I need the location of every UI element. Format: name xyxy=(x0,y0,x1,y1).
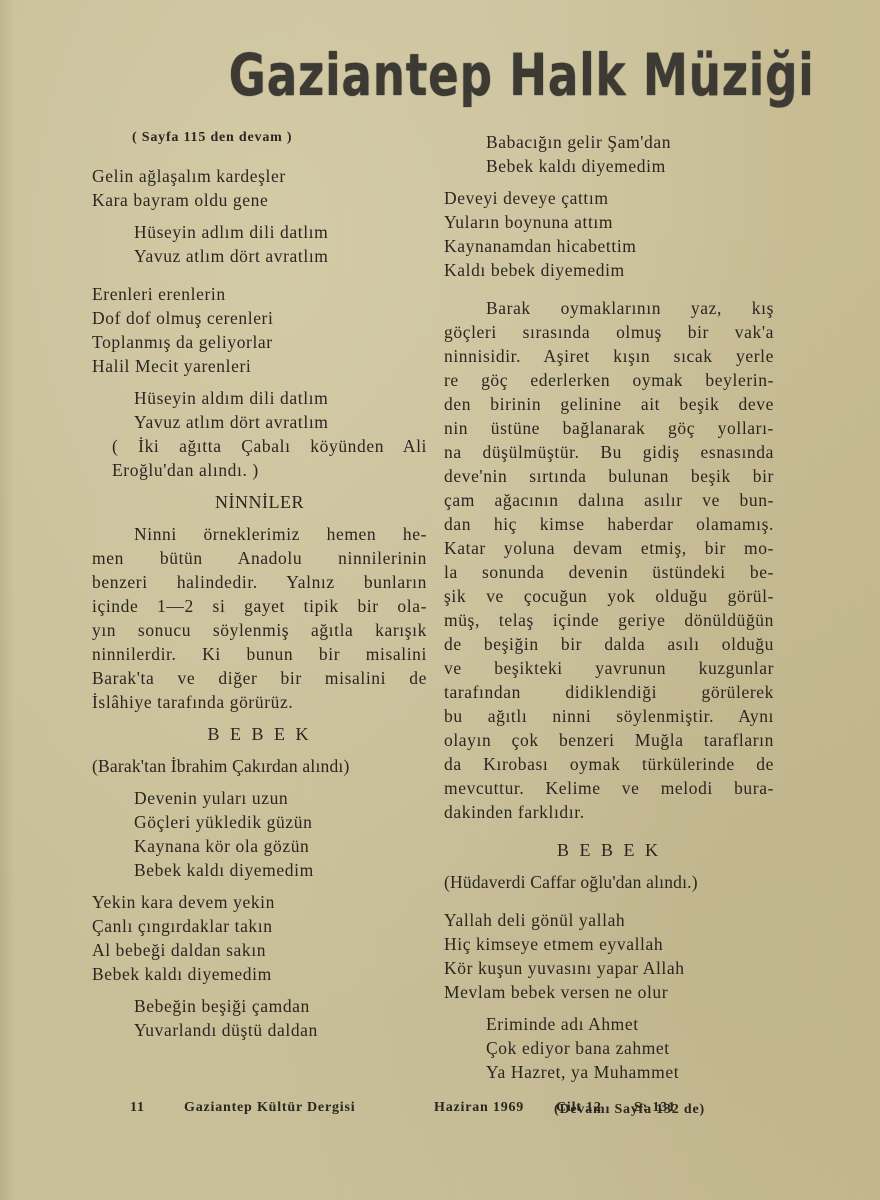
verse-line: Halil Mecit yarenleri xyxy=(92,354,427,378)
barak-paragraph: Barak oymaklarının yaz, kış göçleri sıra… xyxy=(444,296,774,824)
paragraph-line: deve'nin sırtında bulunan beşik bir xyxy=(444,464,774,488)
verse-line: Kaynana kör ola gözün xyxy=(92,834,427,858)
verse-yallah: Yallah deli gönül yallah Hiç kimseye etm… xyxy=(444,908,774,1004)
verse-3-continued: Babacığın gelir Şam'dan Bebek kaldı diye… xyxy=(444,130,774,178)
source-line: Eroğlu'dan alındı. ) xyxy=(92,458,427,482)
paragraph-line: yın sonucu söylenmiş ağıtla karışık xyxy=(92,618,427,642)
verse-line: Al bebeği daldan sakın xyxy=(92,938,427,962)
page-footer: 11 Gaziantep Kültür Dergisi Haziran 1969… xyxy=(130,1100,730,1116)
verse-line: Mevlam bebek versen ne olur xyxy=(444,980,774,1004)
paragraph-line: içinde 1—2 si gayet tipik bir ola- xyxy=(92,594,427,618)
verse-line: Yallah deli gönül yallah xyxy=(444,908,774,932)
stanza-2: Erenleri erenlerin Dof dof olmuş cerenle… xyxy=(92,282,427,378)
paragraph-line: na düşülmüştür. Bu gidiş esnasında xyxy=(444,440,774,464)
paragraph-line: İslâhiye tarafında görürüz. xyxy=(92,690,427,714)
song-heading-bebek: B E B E K xyxy=(92,722,427,746)
source-line: ( İki ağıtta Çabalı köyünden Ali xyxy=(92,434,427,458)
paragraph-line: da Kırobası oymak türkülerinde de xyxy=(444,752,774,776)
paragraph-line: den birinin gelinine ait beşik deve xyxy=(444,392,774,416)
page-number: 11 xyxy=(130,1100,184,1116)
verse-3: Bebeğin beşiği çamdan Yuvarlandı düştü d… xyxy=(92,994,427,1042)
verse-line: Bebek kaldı diyemedim xyxy=(92,962,427,986)
paragraph-line: müş, telaş içinde geriye dönüldüğün xyxy=(444,608,774,632)
paragraph-line: dakinden farklıdır. xyxy=(444,800,774,824)
stanza-1: Gelin ağlaşalım kardeşler Kara bayram ol… xyxy=(92,164,427,212)
page-title: Gaziantep Halk Müziği xyxy=(229,40,603,110)
verse-line: Yekin kara devem yekin xyxy=(92,890,427,914)
verse-line: Toplanmış da geliyorlar xyxy=(92,330,427,354)
section-heading-ninniler: NİNNİLER xyxy=(92,490,427,514)
song-heading-bebek-2: B E B E K xyxy=(444,838,774,862)
verse-line: Dof dof olmuş cerenleri xyxy=(92,306,427,330)
verse-line: Ya Hazret, ya Muhammet xyxy=(444,1060,774,1084)
verse-line: Gelin ağlaşalım kardeşler xyxy=(92,164,427,188)
paragraph-line: ninnisidir. Aşiret kışın sıcak yerle xyxy=(444,344,774,368)
song-source: (Hüdaverdi Caffar oğlu'dan alındı.) xyxy=(444,870,774,894)
source-note: ( İki ağıtta Çabalı köyünden Ali Eroğlu'… xyxy=(92,434,427,482)
paragraph-line: men bütün Anadolu ninnilerinin xyxy=(92,546,427,570)
verse-line: Hiç kimseye etmem eyvallah xyxy=(444,932,774,956)
verse-line: Bebek kaldı diyemedim xyxy=(444,154,774,178)
verse-line: Kara bayram oldu gene xyxy=(92,188,427,212)
paragraph-line: ninnilerdir. Ki bunun bir misalini xyxy=(92,642,427,666)
verse-line: Bebeğin beşiği çamdan xyxy=(92,994,427,1018)
paragraph-line: göçleri sırasında olmuş bir vak'a xyxy=(444,320,774,344)
paragraph-line: bu ağıtlı ninni söylenmiştir. Aynı xyxy=(444,704,774,728)
right-column: Babacığın gelir Şam'dan Bebek kaldı diye… xyxy=(444,130,774,1122)
issue-number: S: 131 xyxy=(634,1100,676,1116)
issue-date: Haziran 1969 xyxy=(434,1100,556,1116)
verse-line: Göçleri yükledik güzün xyxy=(92,810,427,834)
paragraph-line: Barak'ta ve diğer bir misalini de xyxy=(92,666,427,690)
paragraph-line: la sonunda devenin üstündeki be- xyxy=(444,560,774,584)
verse-line: Kör kuşun yuvasını yapar Allah xyxy=(444,956,774,980)
verse-line: Babacığın gelir Şam'dan xyxy=(444,130,774,154)
magazine-name: Gaziantep Kültür Dergisi xyxy=(184,1100,434,1116)
verse-line: Çanlı çıngırdaklar takın xyxy=(92,914,427,938)
verse-line: Yavuz atlım dört avratlım xyxy=(92,244,427,268)
paragraph-line: Katar yoluna devam etmiş, bir mo- xyxy=(444,536,774,560)
paragraph-line: nin üstüne bağlanarak göç yolları- xyxy=(444,416,774,440)
paragraph-line: dan hiç kimse haberdar olamamış. xyxy=(444,512,774,536)
paragraph-line: ve beşikteki yavrunun kuzgunlar xyxy=(444,656,774,680)
verse-line: Yavuz atlım dört avratlım xyxy=(92,410,427,434)
paragraph-line: çam ağacının dalına asılır ve bun- xyxy=(444,488,774,512)
verse-line: Kaynanamdan hicabettim xyxy=(444,234,774,258)
verse-line: Deveyi deveye çattım xyxy=(444,186,774,210)
verse-4: Deveyi deveye çattım Yuların boynuna att… xyxy=(444,186,774,282)
verse-line: Kaldı bebek diyemedim xyxy=(444,258,774,282)
paragraph-line: Barak oymaklarının yaz, kış xyxy=(444,296,774,320)
verse-ahmet: Eriminde adı Ahmet Çok ediyor bana zahme… xyxy=(444,1012,774,1084)
volume-number: Cilt 12 xyxy=(556,1100,634,1116)
verse-line: Bebek kaldı diyemedim xyxy=(92,858,427,882)
paragraph-line: mevcuttur. Kelime ve melodi bura- xyxy=(444,776,774,800)
paragraph-line: de beşiğin bir dalda asılı olduğu xyxy=(444,632,774,656)
verse-2: Yekin kara devem yekin Çanlı çıngırdakla… xyxy=(92,890,427,986)
refrain-1: Hüseyin adlım dili datlım Yavuz atlım dö… xyxy=(92,220,427,268)
verse-line: Yuvarlandı düştü daldan xyxy=(92,1018,427,1042)
verse-1: Devenin yuları uzun Göçleri yükledik güz… xyxy=(92,786,427,882)
verse-line: Yuların boynuna attım xyxy=(444,210,774,234)
ninniler-paragraph: Ninni örneklerimiz hemen he- men bütün A… xyxy=(92,522,427,714)
paragraph-line: benzeri halindedir. Yalnız bunların xyxy=(92,570,427,594)
verse-line: Devenin yuları uzun xyxy=(92,786,427,810)
verse-line: Eriminde adı Ahmet xyxy=(444,1012,774,1036)
paragraph-line: olayın çok benzeri Muğla tarafların xyxy=(444,728,774,752)
verse-line: Erenleri erenlerin xyxy=(92,282,427,306)
paragraph-line: re göç ederlerken oymak beylerin- xyxy=(444,368,774,392)
refrain-2: Hüseyin aldım dili datlım Yavuz atlım dö… xyxy=(92,386,427,434)
verse-line: Çok ediyor bana zahmet xyxy=(444,1036,774,1060)
verse-line: Hüseyin aldım dili datlım xyxy=(92,386,427,410)
continued-from-note: ( Sayfa 115 den devam ) xyxy=(92,126,427,150)
verse-line: Hüseyin adlım dili datlım xyxy=(92,220,427,244)
song-source: (Barak'tan İbrahim Çakırdan alındı) xyxy=(92,754,427,778)
paragraph-line: tarafından didiklendiği görülerek xyxy=(444,680,774,704)
paragraph-line: Ninni örneklerimiz hemen he- xyxy=(92,522,427,546)
paragraph-line: şik ve çocuğun yok olduğu görül- xyxy=(444,584,774,608)
left-column: ( Sayfa 115 den devam ) Gelin ağlaşalım … xyxy=(92,126,427,1042)
